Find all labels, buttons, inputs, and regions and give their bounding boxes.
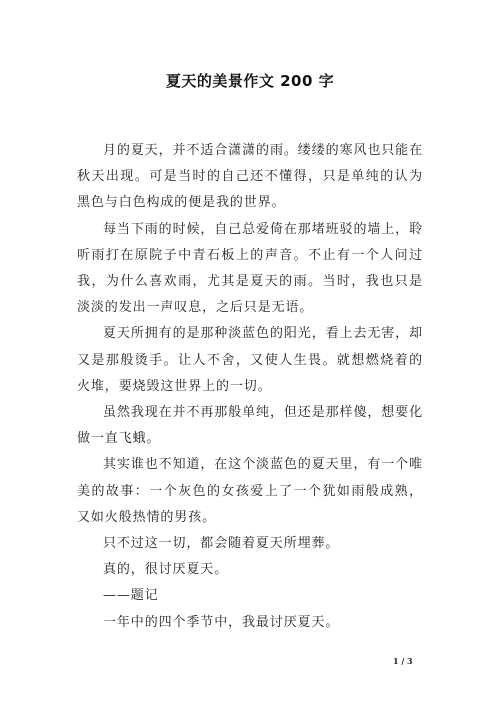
document-page: 夏天的美景作文 200 字 月的夏天，并不适合潇潇的雨。缕缕的寒风也只能在秋天出… <box>0 0 500 707</box>
paragraph: 其实谁也不知道，在这个淡蓝色的夏天里，有一个唯美的故事：一个灰色的女孩爱上了一个… <box>77 452 423 531</box>
paragraph: 只不过这一切，都会随着夏天所埋葬。 <box>77 531 423 557</box>
paragraph: 每当下雨的时候，自己总爱倚在那堵班驳的墙上，聆听雨打在原院子中青石板上的声音。不… <box>77 217 423 322</box>
page-indicator: 1 / 3 <box>393 656 413 666</box>
paragraph: 虽然我现在并不再那般单纯，但还是那样傻，想要化做一直飞蛾。 <box>77 400 423 452</box>
paragraph: 月的夏天，并不适合潇潇的雨。缕缕的寒风也只能在秋天出现。可是当时的自己还不懂得，… <box>77 138 423 217</box>
paragraph: 真的，很讨厌夏天。 <box>77 557 423 583</box>
document-body: 月的夏天，并不适合潇潇的雨。缕缕的寒风也只能在秋天出现。可是当时的自己还不懂得，… <box>77 138 423 636</box>
paragraph: 夏天所拥有的是那种淡蓝色的阳光，看上去无害，却又是那般烫手。让人不舍，又使人生畏… <box>77 321 423 400</box>
paragraph: 一年中的四个季节中，我最讨厌夏天。 <box>77 610 423 636</box>
epigraph-attribution: ——题记 <box>77 583 423 609</box>
document-title: 夏天的美景作文 200 字 <box>0 71 500 91</box>
